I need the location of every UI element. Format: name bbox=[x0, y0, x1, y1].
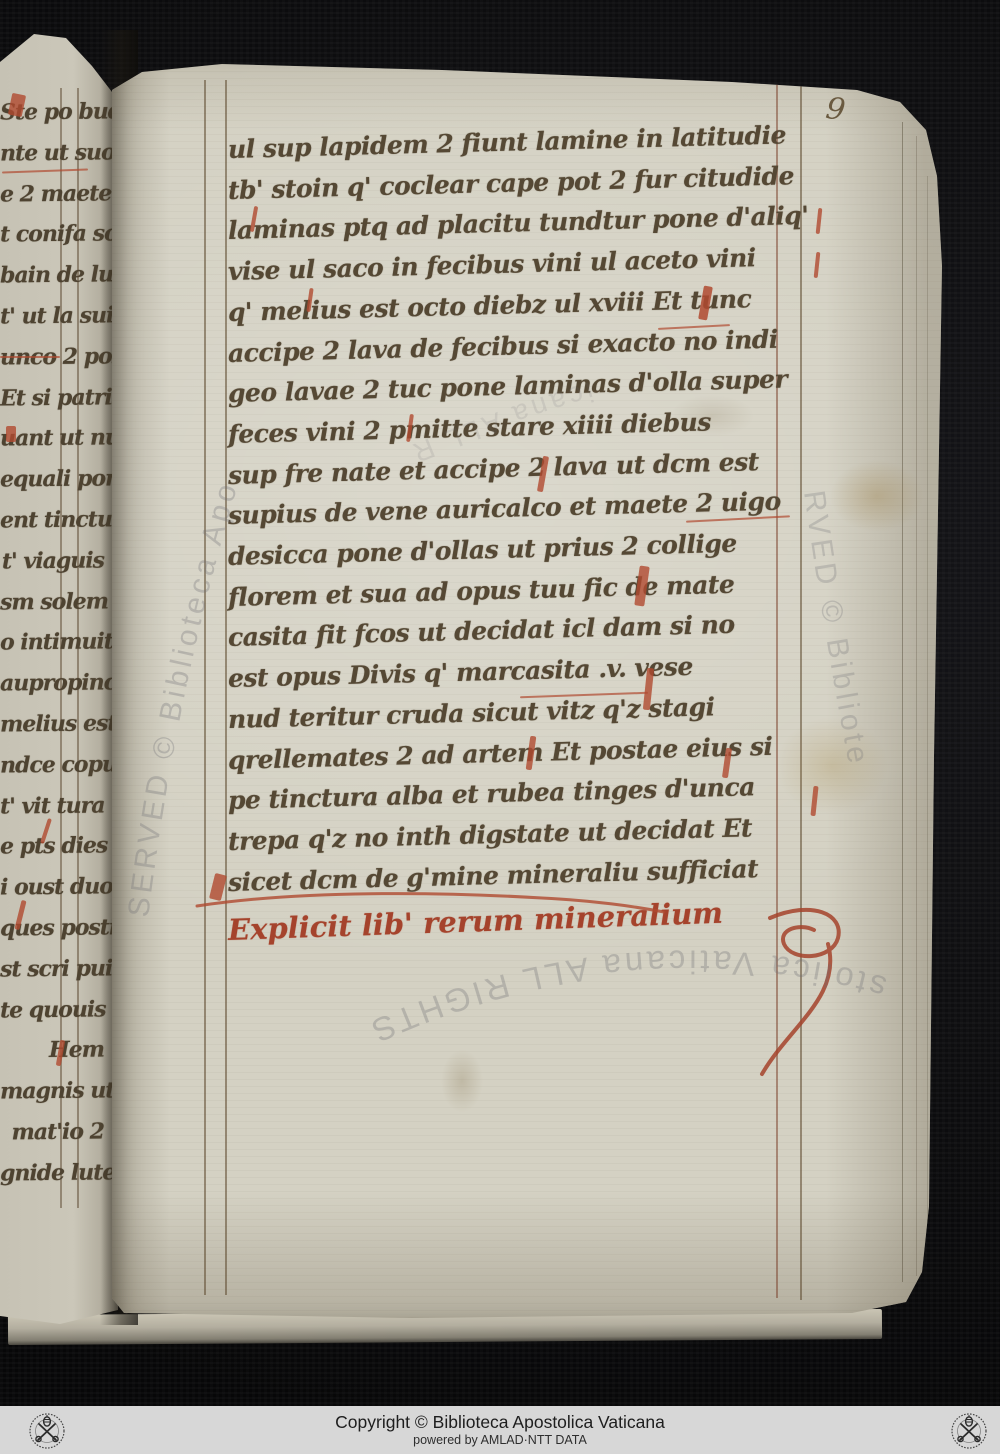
text-fragment: gnide lutea bbox=[0, 1152, 104, 1194]
text-fragment: ent tinctura bbox=[0, 499, 104, 541]
powered-by-text: powered by AMLAD·NTT DATA bbox=[335, 1433, 665, 1447]
rubric-mark bbox=[6, 426, 16, 442]
text-fragment: Et si patris bbox=[0, 377, 104, 419]
vatican-library-seal-icon bbox=[948, 1409, 990, 1451]
copyright-footer-bar: Copyright © Biblioteca Apostolica Vatica… bbox=[0, 1406, 1000, 1454]
manuscript-text-block: ul sup lapidem 2 fiunt lamine in latitud… bbox=[228, 130, 816, 947]
ruling-line bbox=[204, 80, 206, 1295]
leaf-edge-line bbox=[916, 136, 917, 1276]
text-fragment: magnis ut bbox=[0, 1071, 104, 1113]
rubric-underline bbox=[0, 356, 60, 358]
manuscript-page: 9 ul sup lapidem 2 fiunt lamine in latit… bbox=[112, 56, 942, 1318]
manuscript-lines: ul sup lapidem 2 fiunt lamine in latitud… bbox=[228, 130, 816, 903]
leaf-edge-line bbox=[902, 122, 903, 1282]
footer-text-block: Copyright © Biblioteca Apostolica Vatica… bbox=[335, 1412, 665, 1448]
leaf-edge-line bbox=[927, 176, 928, 1266]
text-fragment: aupropincud bbox=[0, 663, 104, 705]
text-fragment: t conifa solis bbox=[0, 214, 104, 256]
text-fragment: t' ut la suid bbox=[0, 295, 104, 337]
text-fragment: t' viaguis bbox=[0, 540, 104, 582]
paper-stain bbox=[432, 1036, 492, 1126]
text-fragment: o intimuit bbox=[0, 622, 104, 664]
text-fragment: mat'io 2 bbox=[0, 1111, 104, 1153]
text-fragment: st scri puis bbox=[0, 948, 104, 990]
text-fragment: melius est bbox=[0, 703, 104, 745]
rubric-mark bbox=[816, 208, 823, 234]
text-fragment: e pts dies bbox=[0, 826, 104, 868]
ruling-line bbox=[225, 80, 227, 1295]
text-fragment: bain de lua bbox=[0, 255, 104, 297]
text-fragment: t' vit tura bbox=[0, 785, 104, 827]
text-fragment: Hem bbox=[0, 1030, 104, 1072]
paper-stain bbox=[812, 446, 942, 546]
folio-number: 9 bbox=[824, 91, 848, 128]
text-fragment: i oust duos bbox=[0, 867, 104, 909]
text-fragment: ndce copuli bbox=[0, 744, 104, 786]
text-fragment: equali pond bbox=[0, 459, 104, 501]
text-fragment: nte ut suoq bbox=[0, 132, 104, 174]
copyright-text: Copyright © Biblioteca Apostolica Vatica… bbox=[335, 1412, 665, 1432]
facing-page-text-fragments: Ste po budnte ut suoqe 2 maete stt conif… bbox=[0, 92, 114, 1194]
text-fragment: e 2 maete st bbox=[0, 173, 104, 215]
digitized-manuscript-photo: Ste po budnte ut suoqe 2 maete stt conif… bbox=[0, 0, 1000, 1454]
text-fragment: sm solem bbox=[0, 581, 104, 623]
vatican-library-seal-icon bbox=[26, 1409, 68, 1451]
text-fragment: te quouis bbox=[0, 989, 104, 1031]
